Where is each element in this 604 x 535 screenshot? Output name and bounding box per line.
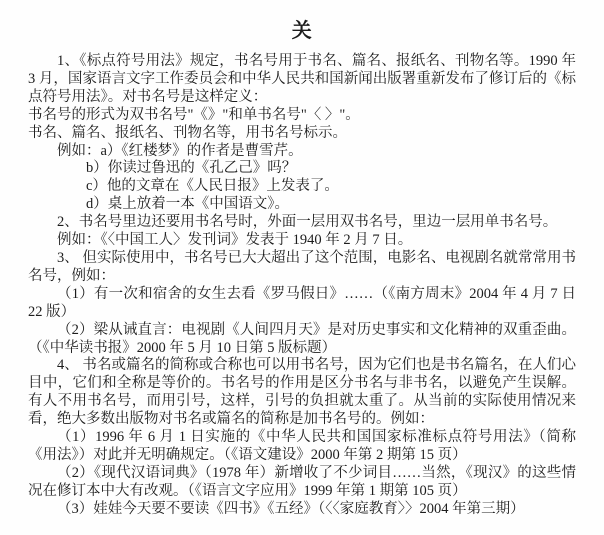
paragraph-example-d: d）桌上放着一本《中国语文》。 [28,196,576,214]
paragraph-section4-example-2: （2）《现代汉语词典》（1978 年）新增收了不少词目……当然，《现汉》的这些情… [28,465,576,501]
document-body: 1、《标点符号用法》规定，书名号用于书名、篇名、报纸名、刊物名等。1990 年 … [28,53,576,519]
paragraph-section3-example-2: （2）梁从诫直言：电视剧《人间四月天》是对历史事实和文化精神的双重歪曲。（《中华… [28,322,576,358]
paragraph-section3-example-1: （1）有一次和宿舍的女生去看《罗马假日》……（《南方周末》2004 年 4 月 … [28,286,576,322]
paragraph-section2-example: 例如：《〈中国工人〉发刊词》发表于 1940 年 2 月 7 日。 [28,232,576,250]
paragraph-definition-1: 书名号的形式为双书名号"《》"和单书名号"〈 〉"。 [28,107,576,125]
paragraph-example-c: c）他的文章在《人民日报》上发表了。 [28,178,576,196]
paragraph-definition-2: 书名、篇名、报纸名、刊物名等，用书名号标示。 [28,125,576,143]
document-page: 关 1、《标点符号用法》规定，书名号用于书名、篇名、报纸名、刊物名等。1990 … [0,0,604,535]
paragraph-section1: 1、《标点符号用法》规定，书名号用于书名、篇名、报纸名、刊物名等。1990 年 … [28,53,576,107]
document-title: 关 [28,18,576,44]
paragraph-example-b: b）你读过鲁迅的《孔乙己》吗？ [28,160,576,178]
paragraph-section4-example-3: （3）娃娃今天要不要读《四书》《五经》（〈〈家庭教育〉〉2004 年第三期） [28,501,576,519]
paragraph-example-a: 例如：a）《红楼梦》的作者是曹雪芹。 [28,143,576,161]
paragraph-section3: 3、 但实际使用中，书名号已大大超出了这个范围，电影名、电视剧名就常常用书名号，… [28,250,576,286]
paragraph-section4-example-1: （1）1996 年 6 月 1 日实施的《中华人民共和国国家标准标点符号用法》（… [28,429,576,465]
paragraph-section2: 2、书名号里边还要用书名号时，外面一层用双书名号，里边一层用单书名号。 [28,214,576,232]
paragraph-section4: 4、 书名或篇名的简称或合称也可以用书名号，因为它们也是书名篇名，在人们心目中，… [28,357,576,429]
